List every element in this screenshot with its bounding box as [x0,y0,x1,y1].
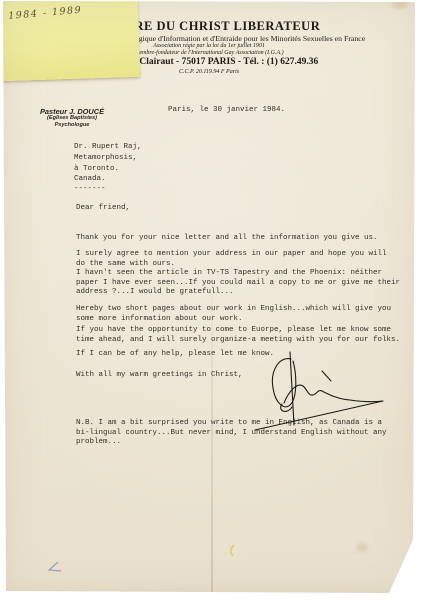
paper-stain [392,0,408,9]
recipient-underline-dashes: ------- [74,184,106,195]
dateline: Paris, le 30 janvier 1984. [168,106,285,116]
salutation: Dear friend, [76,204,130,214]
letter-paper: CENTRE DU CHRIST LIBERATEUR Centre Pasto… [0,0,422,600]
body-paragraph: Thank you for your nice letter and all t… [76,234,378,244]
blue-pencil-mark [49,562,61,571]
body-paragraph: I surely agree to mention your address i… [76,250,387,269]
signature-ink [0,0,422,600]
yellow-crayon-mark [231,545,234,556]
sticky-note-handwriting: 1984 - 1989 [8,5,83,22]
recipient-line: Dr. Rupert Raj, [74,142,142,153]
scanned-letter: CENTRE DU CHRIST LIBERATEUR Centre Pasto… [0,0,422,600]
sender-title: Psychologue [36,122,108,128]
body-paragraph: If you have the opportunity to come to E… [76,326,400,345]
body-paragraph: I havn't seen the article in TV-TS Tapes… [76,269,400,298]
body-paragraph: Hereby two short pages about our work in… [76,305,391,324]
sticky-note: 1984 - 1989 [0,0,140,81]
sender-affiliation: (Eglises Baptistes) [36,115,108,121]
postscript: N.B. I am a bit surprised you write to m… [76,419,387,448]
body-paragraph: If I can be of any help, please let me k… [76,350,274,360]
recipient-line: Metamorphosis, [74,153,137,164]
paper-stain [357,543,368,552]
closing-line: With all my warm greetings in Christ, [76,371,243,381]
